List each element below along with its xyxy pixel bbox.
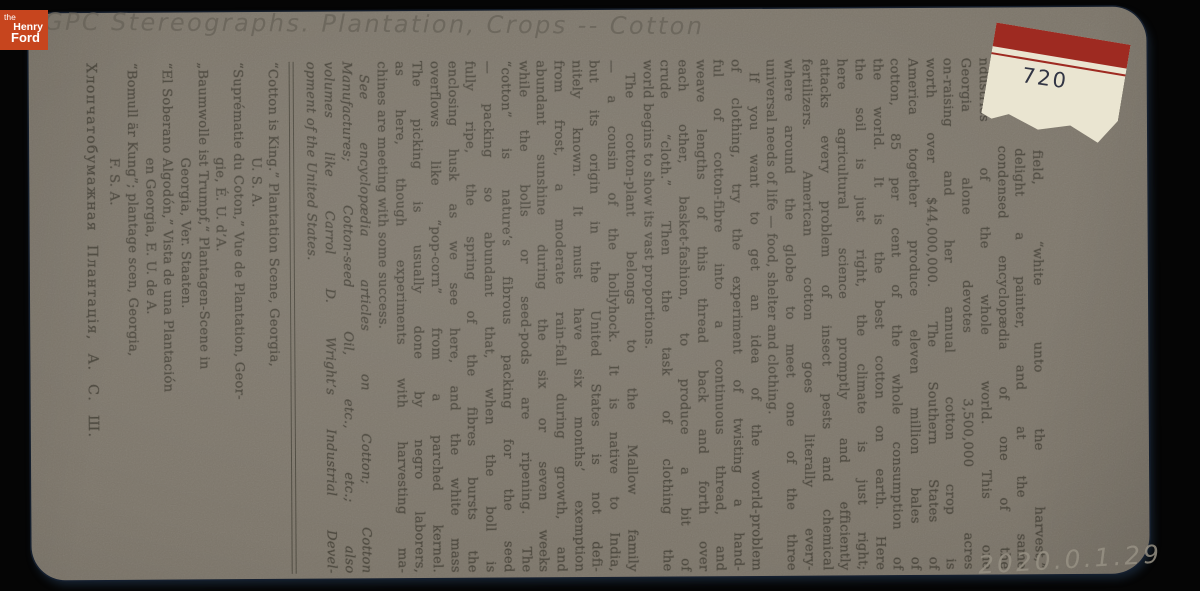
text-line: The picking is usually done by negro lab… [407,61,428,573]
title-german: „Baumwolle ist Trumpf,“ Plantagen-Scene … [175,62,214,574]
text-line: enclosing husk as we see here, and the w… [443,61,464,573]
text-line: “cotton” is nature’s fibrous packing for… [496,60,517,572]
text-line: cotton, 85 per cent of the whole consump… [885,58,906,570]
text-line: „Baumwolle ist Trumpf,“ Plantagen-Scene … [193,62,214,574]
text-line: The cotton-plant belongs to the Mallow f… [620,60,641,572]
pencil-catalog-note: GPC Stereographs. Plantation, Crops -- C… [44,8,705,41]
text-line: on-raising and her annual cotton crop is [938,58,959,570]
text-line: of clothing, try the experiment of twist… [726,59,747,571]
text-line: See encyclopædia articles on Cotton; Cot… [354,61,375,573]
sticker-number: 720 [987,58,1103,98]
text-line: crude “cloth.” Then the task of clothing… [655,59,676,571]
text-line: weave lengths of this thread back and fo… [691,59,712,571]
text-line: “Suprématie du Coton,” Vue de Plantation… [228,62,249,574]
text-line: world begins to show its vast proportion… [637,60,658,572]
henry-ford-logo: the Henry Ford [0,10,48,50]
text-line: utiful field, “white unto the harvest,” [1027,57,1048,569]
text-line: attacks every problem of insect pests an… [814,59,835,571]
text-line: each other, basket-fashion, to produce a… [673,59,694,571]
text-line: the world. It is the best cotton on eart… [868,58,889,570]
text-line: universal needs of life — food, shelter … [761,59,782,571]
text-line: Georgia alone devotes 3,500,000 acres [956,58,977,570]
text-line: volumes like Carrol D. Wright’s Industri… [319,62,340,574]
title-english: “Cotton is King.” Plantation Scene, Geor… [246,62,285,574]
text-line: t to delight a painter, and at the same [1009,57,1030,569]
divider-double-rule [289,62,297,574]
title-swedish: “Bomull är Kung”; plantage scen, Georgia… [104,63,143,575]
text-line: where around the globe to meet one of th… [779,59,800,571]
printed-text-block: utiful field, “white unto the harvest,”t… [81,57,1048,575]
text-line: worth over $44,000,000. The Southern Sta… [921,58,942,570]
text-line: Manufactures; Cotton-seed Oil, etc., etc… [336,61,357,573]
paragraph-cotton-intro: utiful field, “white unto the harvest,”t… [761,57,1047,571]
text-line: the soil is just right, the climate is j… [850,58,871,570]
logo-word-ford: Ford [4,32,45,44]
paragraph-cotton-plant: The cotton-plant belongs to the Mallow f… [372,60,641,574]
text-line: s a condensed encyclopædia of one of the [991,57,1012,569]
text-line: but its origin in the United States is n… [584,60,605,572]
title-french: “Suprématie du Coton,” Vue de Plantation… [210,62,249,574]
text-line: If you want to get an idea of the world-… [744,59,765,571]
title-spanish: “El Soberano Algodón,” Vista de una Plan… [139,63,178,575]
text-line: America together produce eleven million … [903,58,924,570]
text-line: — packing so abundant that, when the bol… [478,61,499,573]
text-line: — a cousin of the hollyhock. It is nativ… [602,60,623,572]
photo-stage: utiful field, “white unto the harvest,”t… [0,0,1200,591]
text-line: abundant sunshine during the six or seve… [531,60,552,572]
text-line: overflows like “pop-corn” from a parched… [425,61,446,573]
stereograph-card-back: utiful field, “white unto the harvest,”t… [28,7,1149,581]
text-line: “Bomull är Kung”; plantage scen, Georgia… [122,63,143,575]
text-line: ndustries of the whole world. This one [974,58,995,570]
text-line: from frost, a moderate rain-fall during … [549,60,570,572]
title-russian: Хлопчатобумажная Плантація, А. С. Ш. [81,63,104,575]
text-line: here agricultural science promptly and e… [832,58,853,570]
paragraph-clothing-experiment: If you want to get an idea of the world-… [637,59,764,572]
text-line: while the bolls or seed-pods are ripenin… [513,60,534,572]
paragraph-see-references: See encyclopædia articles on Cotton; Cot… [301,61,375,573]
text-line: chines are meeting with some success. [372,61,393,573]
text-line: as here, though experiments with harvest… [390,61,411,573]
text-line: nitely known. It must have six months’ e… [567,60,588,572]
text-line: “El Soberano Algodón,” Vista de una Plan… [157,63,178,575]
text-line: “Cotton is King.” Plantation Scene, Geor… [263,62,284,574]
text-line: opment of the United States. [301,62,322,574]
text-line: ful of cotton-fibre into a continuous th… [708,59,729,571]
text-line: fertilizers. American cotton goes litera… [797,59,818,571]
